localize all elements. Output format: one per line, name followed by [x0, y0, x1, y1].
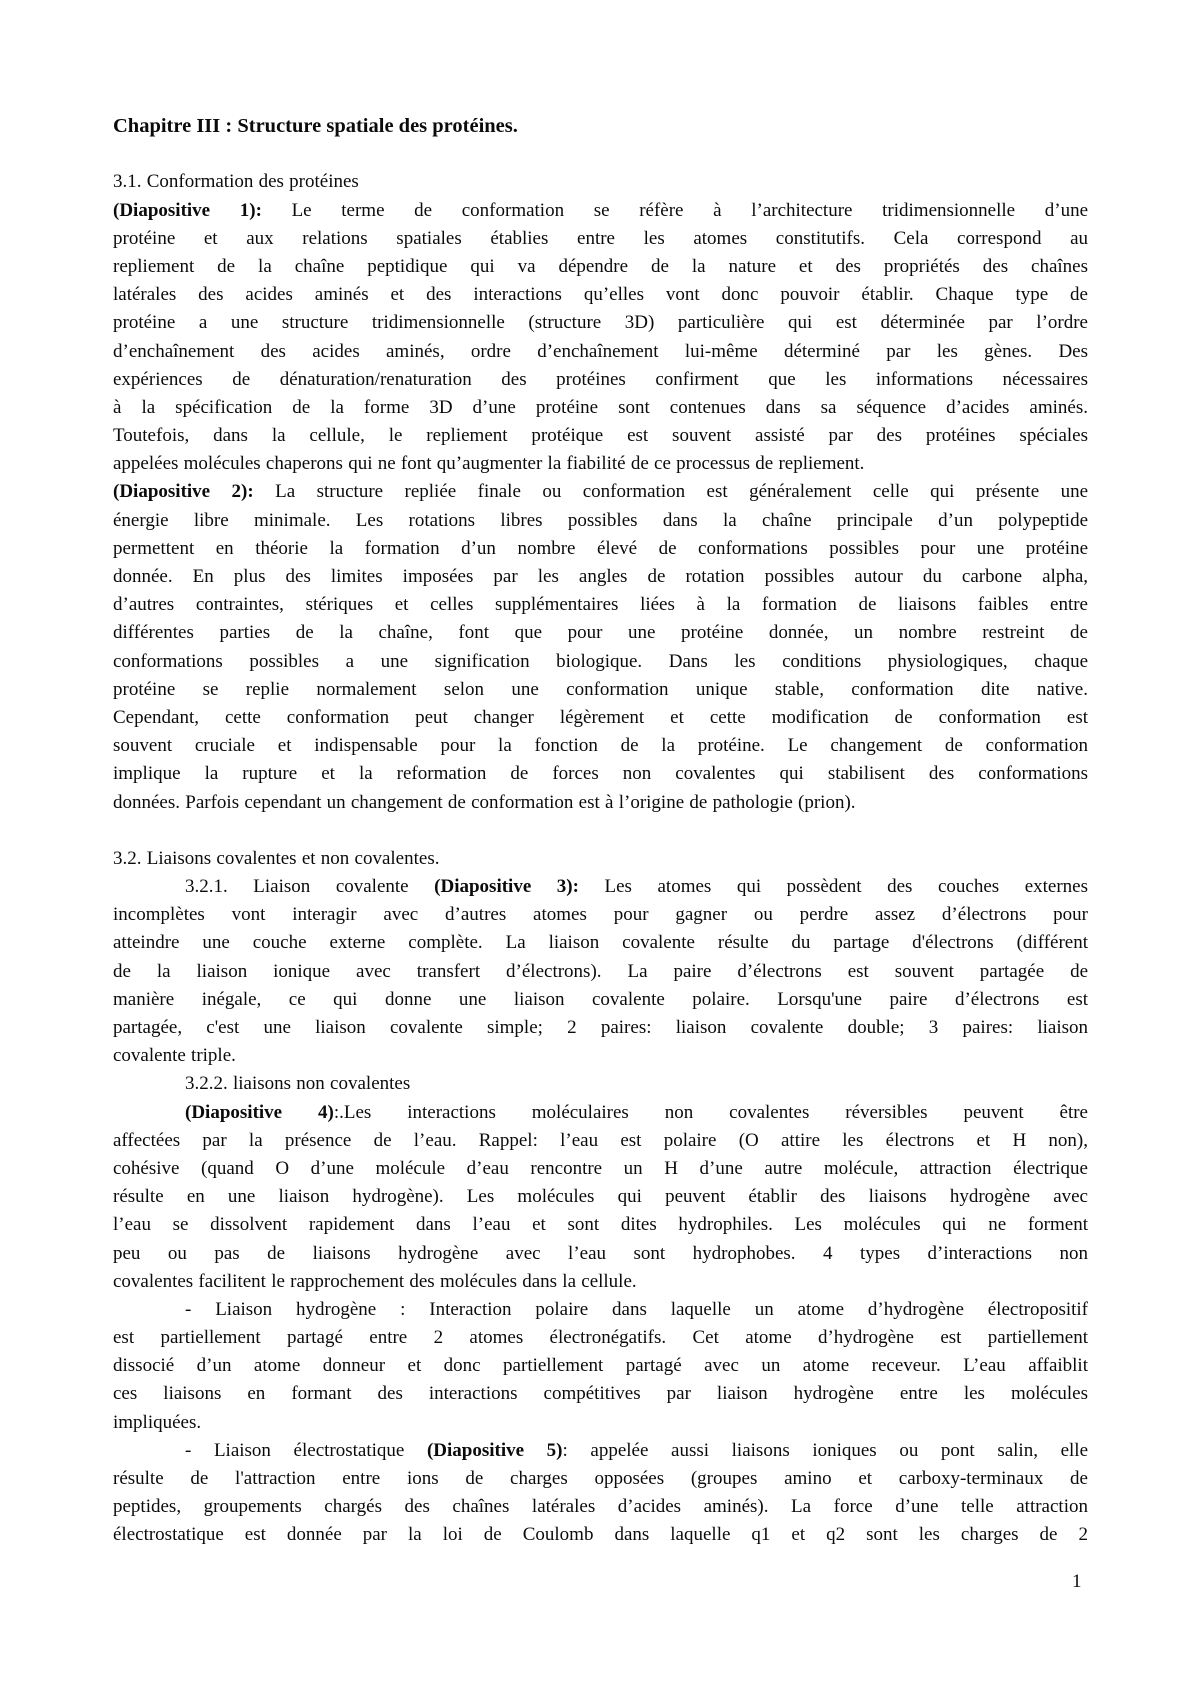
- paragraph-3-2-1-diapositive-3: 3.2.1. Liaison covalente (Diapositive 3)…: [113, 873, 1088, 1070]
- text-line: peptides, groupements chargés des chaîne…: [113, 1493, 1088, 1521]
- heading-3-1: 3.1. Conformation des protéines: [113, 168, 1088, 196]
- text-line: énergie libre minimale. Les rotations li…: [113, 507, 1088, 535]
- paragraph-diapositive-2: (Diapositive 2): La structure repliée fi…: [113, 478, 1088, 816]
- text-line: 3.2. Liaisons covalentes et non covalent…: [113, 845, 1088, 873]
- text-line: 3.2.1. Liaison covalente (Diapositive 3)…: [113, 873, 1088, 901]
- paragraph-liaison-electrostatique: - Liaison électrostatique (Diapositive 5…: [113, 1437, 1088, 1550]
- text-line: cohésive (quand O d’une molécule d’eau r…: [113, 1155, 1088, 1183]
- text-line: covalente triple.: [113, 1042, 1088, 1070]
- text-line: 3.1. Conformation des protéines: [113, 168, 1088, 196]
- text-line: impliquées.: [113, 1409, 1088, 1437]
- text-line: (Diapositive 4):.Les interactions molécu…: [113, 1099, 1088, 1127]
- text-line: résulte de l'attraction entre ions de ch…: [113, 1465, 1088, 1493]
- text-line: covalentes facilitent le rapprochement d…: [113, 1268, 1088, 1296]
- text-line: repliement de la chaîne peptidique qui v…: [113, 253, 1088, 281]
- text-line: - Liaison électrostatique (Diapositive 5…: [113, 1437, 1088, 1465]
- heading-3-2-2: 3.2.2. liaisons non covalentes: [113, 1070, 1088, 1098]
- paragraph-diapositive-4: (Diapositive 4):.Les interactions molécu…: [113, 1099, 1088, 1296]
- text-line: d’enchaînement des acides aminés, ordre …: [113, 338, 1088, 366]
- text-line: protéine a une structure tridimensionnel…: [113, 309, 1088, 337]
- text-line: de la liaison ionique avec transfert d’é…: [113, 958, 1088, 986]
- text-line: d’autres contraintes, stériques et celle…: [113, 591, 1088, 619]
- text-line: protéine se replie normalement selon une…: [113, 676, 1088, 704]
- text-line: affectées par la présence de l’eau. Rapp…: [113, 1127, 1088, 1155]
- text-line: Toutefois, dans la cellule, le repliemen…: [113, 422, 1088, 450]
- text-line: souvent cruciale et indispensable pour l…: [113, 732, 1088, 760]
- text-line: données. Parfois cependant un changement…: [113, 789, 1088, 817]
- text-line: - Liaison hydrogène : Interaction polair…: [113, 1296, 1088, 1324]
- text-line: atteindre une couche externe complète. L…: [113, 929, 1088, 957]
- text-line: expériences de dénaturation/renaturation…: [113, 366, 1088, 394]
- text-line: incomplètes vont interagir avec d’autres…: [113, 901, 1088, 929]
- text-line: électrostatique est donnée par la loi de…: [113, 1521, 1088, 1549]
- text-line: partagée, c'est une liaison covalente si…: [113, 1014, 1088, 1042]
- paragraph-diapositive-1: (Diapositive 1): Le terme de conformatio…: [113, 197, 1088, 479]
- text-line: conformations possibles a une significat…: [113, 648, 1088, 676]
- text-line: (Diapositive 2): La structure repliée fi…: [113, 478, 1088, 506]
- text-line: Cependant, cette conformation peut chang…: [113, 704, 1088, 732]
- text-line: permettent en théorie la formation d’un …: [113, 535, 1088, 563]
- text-line: est partiellement partagé entre 2 atomes…: [113, 1324, 1088, 1352]
- paragraph-liaison-hydrogene: - Liaison hydrogène : Interaction polair…: [113, 1296, 1088, 1437]
- text-line: l’eau se dissolvent rapidement dans l’ea…: [113, 1211, 1088, 1239]
- text-line: à la spécification de la forme 3D d’une …: [113, 394, 1088, 422]
- text-line: donnée. En plus des limites imposées par…: [113, 563, 1088, 591]
- document-title: Chapitre III : Structure spatiale des pr…: [113, 112, 1088, 140]
- text-line: (Diapositive 1): Le terme de conformatio…: [113, 197, 1088, 225]
- text-line: protéine et aux relations spatiales étab…: [113, 225, 1088, 253]
- text-line: résulte en une liaison hydrogène). Les m…: [113, 1183, 1088, 1211]
- document-body: Chapitre III : Structure spatiale des pr…: [113, 112, 1088, 1550]
- text-line: manière inégale, ce qui donne une liaiso…: [113, 986, 1088, 1014]
- document-page: Chapitre III : Structure spatiale des pr…: [0, 0, 1200, 1696]
- heading-3-2: 3.2. Liaisons covalentes et non covalent…: [113, 845, 1088, 873]
- text-line: 3.2.2. liaisons non covalentes: [113, 1070, 1088, 1098]
- text-line: différentes parties de la chaîne, font q…: [113, 619, 1088, 647]
- text-line: ces liaisons en formant des interactions…: [113, 1380, 1088, 1408]
- text-line: peu ou pas de liaisons hydrogène avec l’…: [113, 1240, 1088, 1268]
- text-line: appelées molécules chaperons qui ne font…: [113, 450, 1088, 478]
- text-line: implique la rupture et la reformation de…: [113, 760, 1088, 788]
- page-number: 1: [1072, 1568, 1082, 1596]
- text-line: dissocié d’un atome donneur et donc part…: [113, 1352, 1088, 1380]
- text-line: latérales des acides aminés et des inter…: [113, 281, 1088, 309]
